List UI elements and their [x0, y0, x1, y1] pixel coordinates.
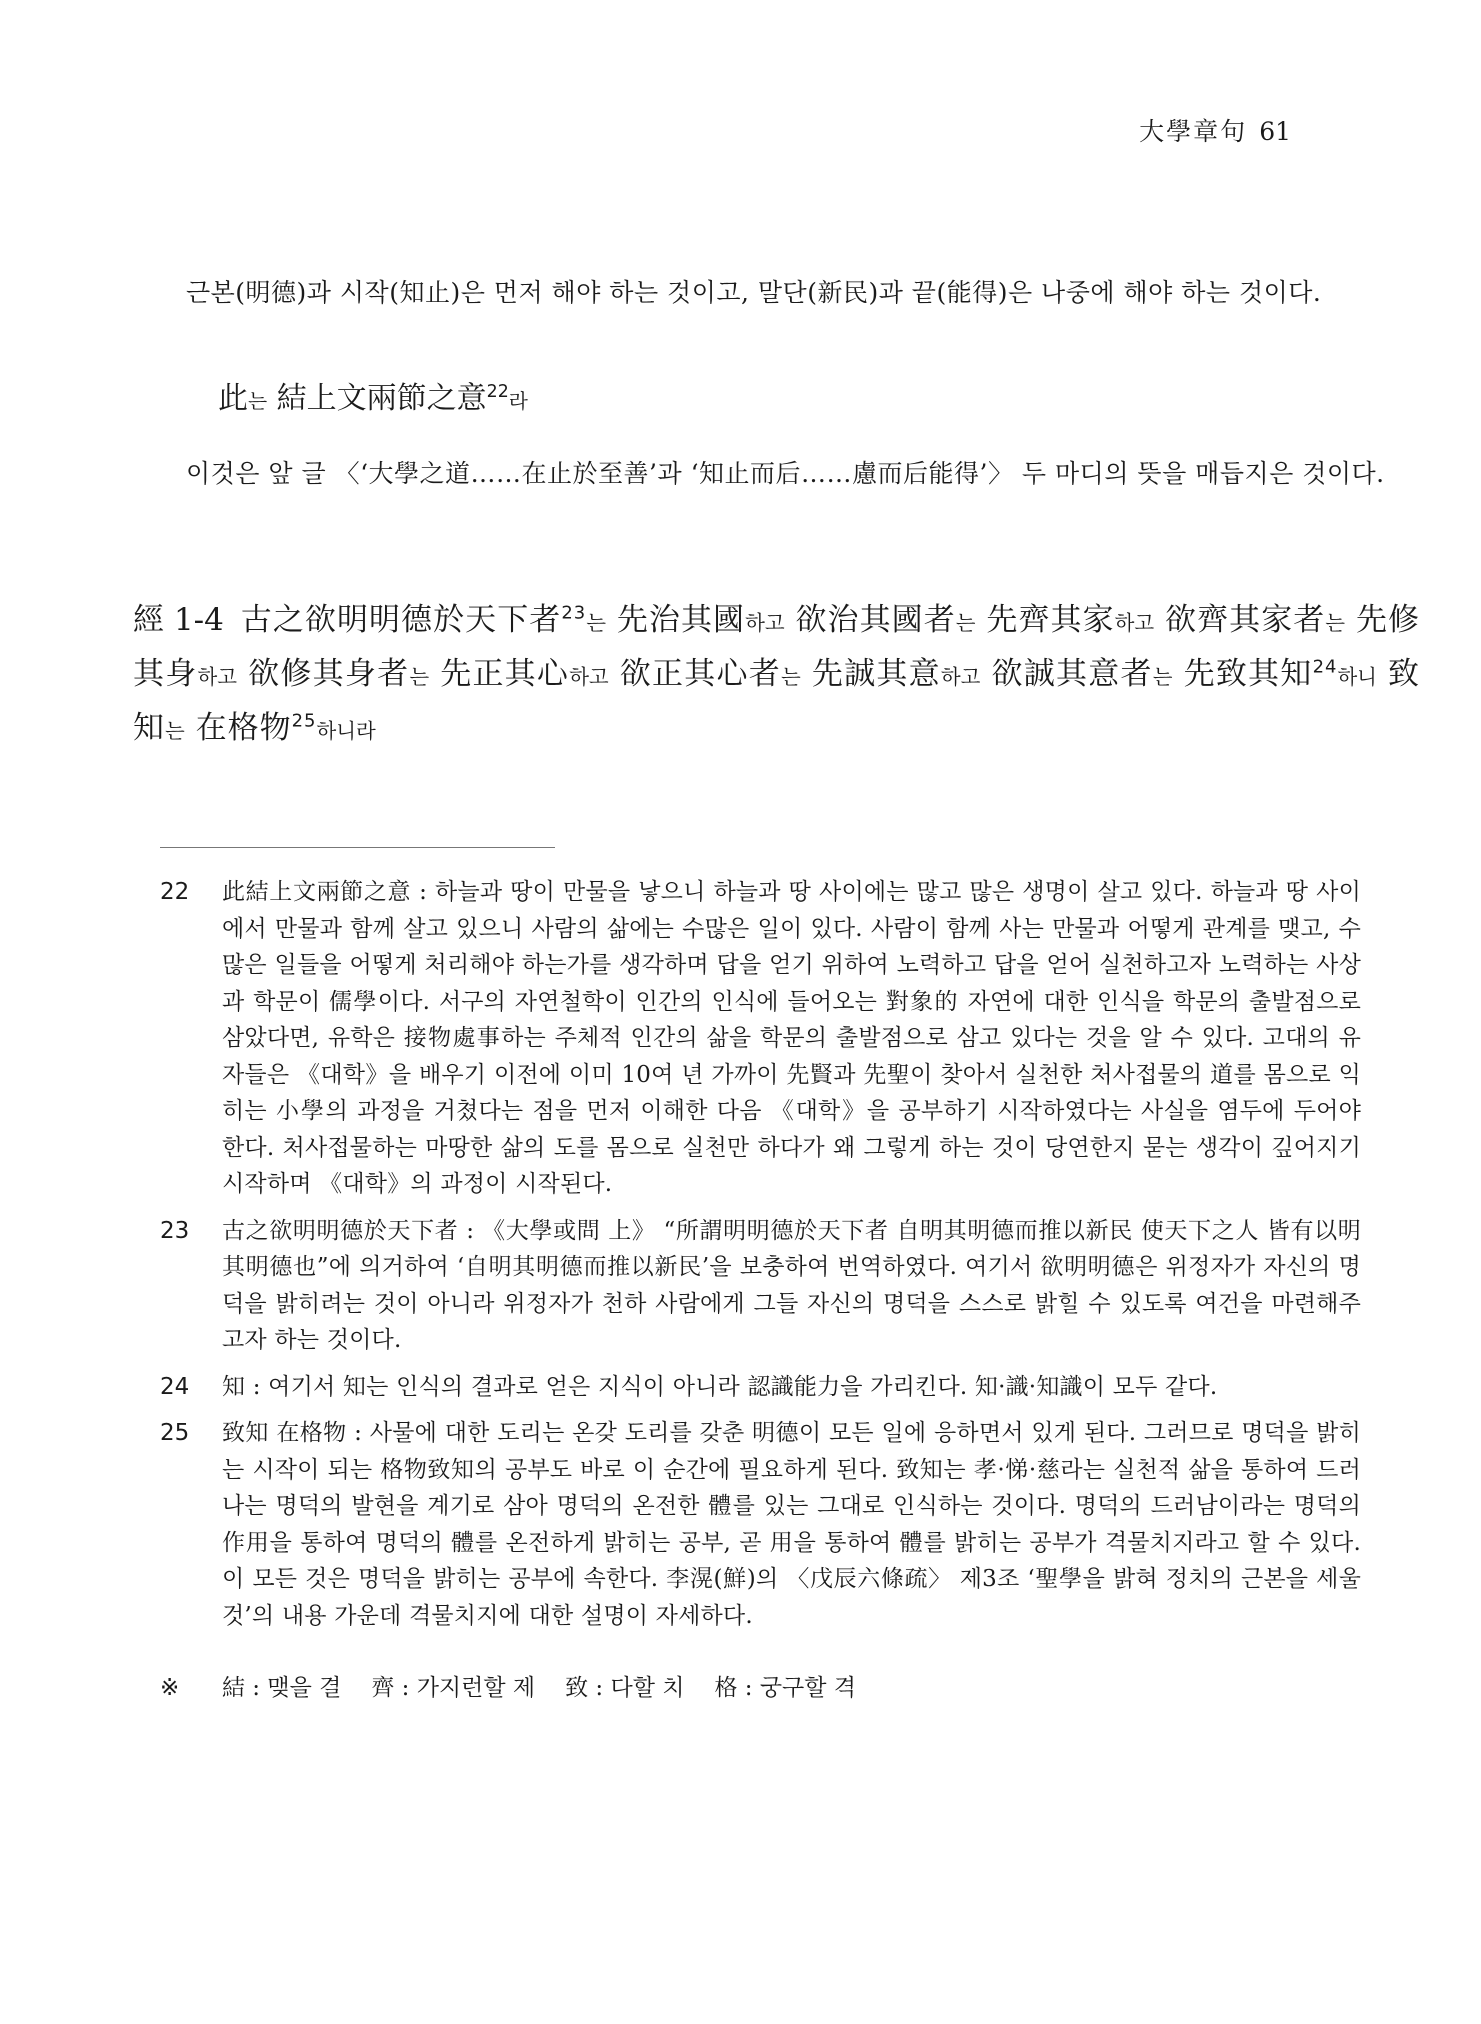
footnote-text: 古之欲明明德於天下者 : 《大學或問 上》 “所謂明明德於天下者 自明其明德而推…	[222, 1213, 1361, 1359]
footnote-number: 22	[160, 874, 222, 1203]
body-paragraph-1: 근본(明德)과 시작(知止)은 먼저 해야 하는 것이고, 말단(新民)과 끝(…	[160, 270, 1420, 316]
footnote-24: 24 知 : 여기서 知는 인식의 결과로 얻은 지식이 아니라 認識能力을 가…	[160, 1369, 1361, 1406]
footnote-23: 23 古之欲明明德於天下者 : 《大學或問 上》 “所謂明明德於天下者 自明其明…	[160, 1213, 1361, 1359]
gloss-item: 結 : 맺을 결	[222, 1670, 341, 1706]
page-number: 61	[1259, 117, 1291, 146]
gloss-item: 齊 : 가지런할 제	[371, 1670, 535, 1706]
footnote-number: 23	[160, 1213, 222, 1359]
character-gloss-line: ※ 結 : 맺을 결 齊 : 가지런할 제 致 : 다할 치 格 : 궁구할 격	[0, 1670, 1481, 1706]
main-content: 근본(明德)과 시작(知止)은 먼저 해야 하는 것이고, 말단(新民)과 끝(…	[0, 270, 1481, 757]
gloss-item: 格 : 궁구할 격	[714, 1670, 856, 1706]
footnote-number: 25	[160, 1415, 222, 1634]
running-title: 大學章句	[1139, 117, 1247, 146]
footnote-text: 致知 在格物 : 사물에 대한 도리는 온갖 도리를 갖춘 明德이 모든 일에 …	[222, 1415, 1361, 1634]
footnotes-section: 22 此結上文兩節之意 : 하늘과 땅이 만물을 낳으니 하늘과 땅 사이에는 …	[0, 874, 1481, 1634]
gyeong-1-4-passage: 經 1-4 古之欲明明德於天下者23는 先治其國하고 欲治其國者는 先齊其家하고…	[133, 595, 1420, 757]
footnote-22: 22 此結上文兩節之意 : 하늘과 땅이 만물을 낳으니 하늘과 땅 사이에는 …	[160, 874, 1361, 1203]
footnote-25: 25 致知 在格物 : 사물에 대한 도리는 온갖 도리를 갖춘 明德이 모든 …	[160, 1415, 1361, 1634]
footnote-text: 此結上文兩節之意 : 하늘과 땅이 만물을 낳으니 하늘과 땅 사이에는 많고 …	[222, 874, 1361, 1203]
gloss-item: 致 : 다할 치	[565, 1670, 684, 1706]
footnote-separator-rule	[160, 847, 555, 848]
book-page: 大學章句61 근본(明德)과 시작(知止)은 먼저 해야 하는 것이고, 말단(…	[0, 0, 1481, 2024]
footnote-number: 24	[160, 1369, 222, 1406]
hanmun-quote-line: 此는 結上文兩節之意22라	[160, 376, 1420, 425]
footnote-text: 知 : 여기서 知는 인식의 결과로 얻은 지식이 아니라 認識能力을 가리킨다…	[222, 1369, 1361, 1406]
page-header: 大學章句61	[0, 0, 1481, 148]
body-paragraph-2: 이것은 앞 글 〈‘大學之道……在止於至善’과 ‘知止而后……慮而后能得’〉 두…	[160, 451, 1420, 497]
reference-mark-icon: ※	[160, 1670, 222, 1706]
